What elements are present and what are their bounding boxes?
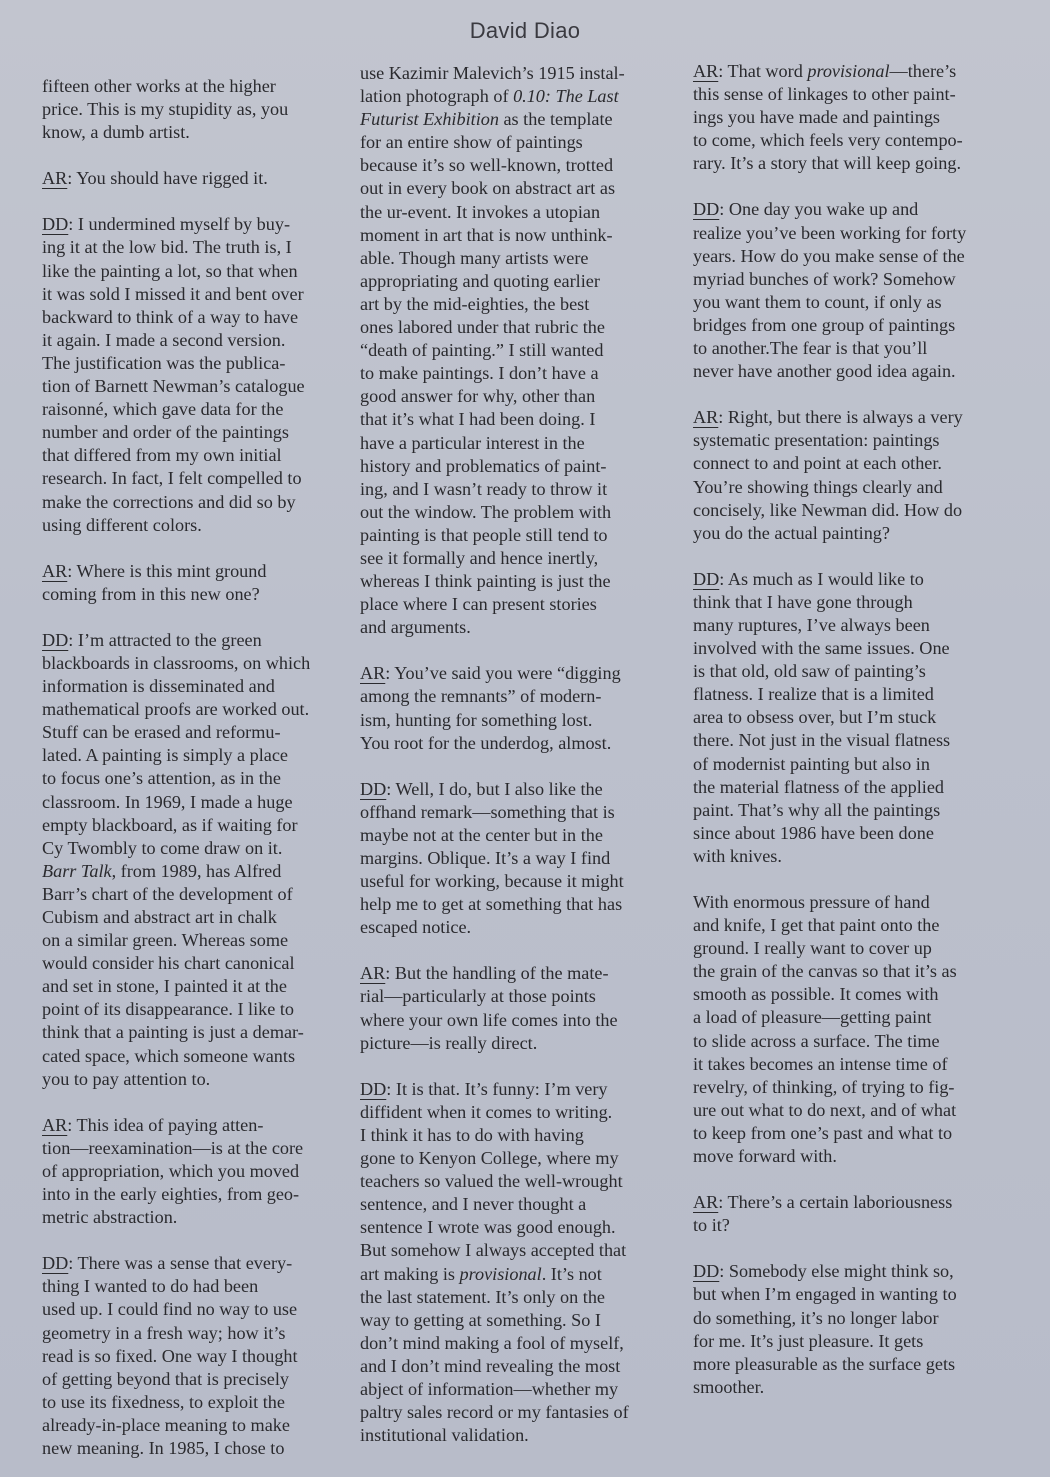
speaker-label: AR bbox=[360, 963, 385, 983]
text-line: myriad bunches of work? Somehow bbox=[693, 268, 1008, 291]
line-text: : There was a sense that every- bbox=[68, 1253, 292, 1273]
line-text: : Well, I do, but I also like the bbox=[386, 779, 602, 799]
line-text: painting is that people still tend to bbox=[360, 525, 608, 545]
line-text: : Right, but there is always a very bbox=[718, 407, 962, 427]
text-line: DD: Well, I do, but I also like the bbox=[360, 778, 670, 801]
italic-title: Futurist Exhibition bbox=[360, 109, 499, 129]
line-text: appropriating and quoting earlier bbox=[360, 271, 600, 291]
interview-paragraph-dd: DD: I undermined myself by buy-ing it at… bbox=[42, 213, 352, 536]
line-text: way to getting at something. So I bbox=[360, 1310, 601, 1330]
text-line: ings you have made and paintings bbox=[693, 106, 1008, 129]
text-line: on a similar green. Whereas some bbox=[42, 929, 352, 952]
text-line: whereas I think painting is just the bbox=[360, 570, 670, 593]
line-text: new meaning. In 1985, I chose to bbox=[42, 1438, 284, 1458]
speaker-label: AR bbox=[693, 61, 718, 81]
interview-paragraph-dd: DD: Somebody else might think so,but whe… bbox=[693, 1260, 1008, 1399]
text-column-3: AR: That word provisional—there’sthis se… bbox=[693, 60, 1008, 1422]
text-line: way to getting at something. So I bbox=[360, 1309, 670, 1332]
speaker-label: DD bbox=[693, 1261, 719, 1281]
line-text: it again. I made a second version. bbox=[42, 330, 285, 350]
interview-paragraph-dd: DD: One day you wake up andrealize you’v… bbox=[693, 198, 1008, 383]
line-text: But somehow I always accepted that bbox=[360, 1240, 626, 1260]
text-line: using different colors. bbox=[42, 514, 352, 537]
text-line: point of its disappearance. I like to bbox=[42, 998, 352, 1021]
text-line: it was sold I missed it and bent over bbox=[42, 283, 352, 306]
line-text: don’t mind making a fool of myself, bbox=[360, 1333, 624, 1353]
text-line: used up. I could find no way to use bbox=[42, 1298, 352, 1321]
text-line: the grain of the canvas so that it’s as bbox=[693, 960, 1008, 983]
text-line: You’re showing things clearly and bbox=[693, 476, 1008, 499]
line-text: revelry, of thinking, of trying to fig- bbox=[693, 1077, 954, 1097]
line-text: rary. It’s a story that will keep going. bbox=[693, 153, 961, 173]
text-line: teachers so valued the well-wrought bbox=[360, 1170, 670, 1193]
line-text: : But the handling of the mate- bbox=[385, 963, 608, 983]
line-text: would consider his chart canonical bbox=[42, 953, 295, 973]
text-line: AR: Where is this mint ground bbox=[42, 560, 352, 583]
line-text: ism, hunting for something lost. bbox=[360, 710, 592, 730]
text-line: thing I wanted to do had been bbox=[42, 1275, 352, 1298]
line-text: and arguments. bbox=[360, 617, 471, 637]
line-text: move forward with. bbox=[693, 1146, 837, 1166]
text-line: many ruptures, I’ve always been bbox=[693, 614, 1008, 637]
line-text: to keep from one’s past and what to bbox=[693, 1123, 952, 1143]
text-line: With enormous pressure of hand bbox=[693, 891, 1008, 914]
text-line: to focus one’s attention, as in the bbox=[42, 767, 352, 790]
line-text: years. How do you make sense of the bbox=[693, 246, 965, 266]
line-text: where your own life comes into the bbox=[360, 1010, 618, 1030]
interview-paragraph-ar: AR: You should have rigged it. bbox=[42, 167, 352, 190]
text-line: where your own life comes into the bbox=[360, 1009, 670, 1032]
text-line: rary. It’s a story that will keep going. bbox=[693, 152, 1008, 175]
text-line: ones labored under that rubric the bbox=[360, 316, 670, 339]
line-text: abject of information—whether my bbox=[360, 1379, 618, 1399]
text-line: out the window. The problem with bbox=[360, 501, 670, 524]
text-line: DD: There was a sense that every- bbox=[42, 1252, 352, 1275]
text-line: gone to Kenyon College, where my bbox=[360, 1147, 670, 1170]
text-line: mathematical proofs are worked out. bbox=[42, 698, 352, 721]
text-line: paltry sales record or my fantasies of bbox=[360, 1401, 670, 1424]
line-text: among the remnants” of modern- bbox=[360, 686, 601, 706]
text-line: more pleasurable as the surface gets bbox=[693, 1353, 1008, 1376]
line-text: out in every book on abstract art as bbox=[360, 178, 615, 198]
line-text: backward to think of a way to have bbox=[42, 307, 298, 327]
line-text: : There’s a certain laboriousness bbox=[718, 1192, 952, 1212]
interview-paragraph-ar: AR: This idea of paying atten-tion—reexa… bbox=[42, 1114, 352, 1229]
text-line: area to obsess over, but I’m stuck bbox=[693, 706, 1008, 729]
line-text: there. Not just in the visual flatness bbox=[693, 730, 950, 750]
line-text: bridges from one group of paintings bbox=[693, 315, 955, 335]
line-text: concisely, like Newman did. How do bbox=[693, 500, 962, 520]
line-text: : That word provisional—there’s bbox=[718, 61, 956, 81]
line-text: price. This is my stupidity as, you bbox=[42, 99, 288, 119]
line-text: and I don’t mind revealing the most bbox=[360, 1356, 620, 1376]
text-line: of modernist painting but also in bbox=[693, 753, 1008, 776]
line-text: because it’s so well-known, trotted bbox=[360, 155, 613, 175]
line-text: the material flatness of the applied bbox=[693, 777, 944, 797]
text-line: the last statement. It’s only on the bbox=[360, 1286, 670, 1309]
interview-paragraph-ar: AR: That word provisional—there’sthis se… bbox=[693, 60, 1008, 175]
text-line: sentence, and I never thought a bbox=[360, 1193, 670, 1216]
line-text: used up. I could find no way to use bbox=[42, 1299, 297, 1319]
line-text: think that a painting is just a demar- bbox=[42, 1022, 304, 1042]
text-line: concisely, like Newman did. How do bbox=[693, 499, 1008, 522]
line-text: to focus one’s attention, as in the bbox=[42, 768, 281, 788]
text-line: Stuff can be erased and reformu- bbox=[42, 721, 352, 744]
text-line: blackboards in classrooms, on which bbox=[42, 652, 352, 675]
line-text: Cy Twombly to come draw on it. bbox=[42, 838, 282, 858]
text-line: have a particular interest in the bbox=[360, 432, 670, 455]
text-line: this sense of linkages to other paint- bbox=[693, 83, 1008, 106]
text-line: DD: I undermined myself by buy- bbox=[42, 213, 352, 236]
line-text: : You’ve said you were “digging bbox=[385, 663, 620, 683]
line-text: : I undermined myself by buy- bbox=[68, 214, 290, 234]
text-line: DD: I’m attracted to the green bbox=[42, 629, 352, 652]
text-line: to come, which feels very contempo- bbox=[693, 129, 1008, 152]
text-line: AR: Right, but there is always a very bbox=[693, 406, 1008, 429]
line-text: systematic presentation: paintings bbox=[693, 430, 940, 450]
text-line: connect to and point at each other. bbox=[693, 452, 1008, 475]
speaker-label: DD bbox=[693, 199, 719, 219]
line-text: see it formally and hence inertly, bbox=[360, 548, 598, 568]
text-line: appropriating and quoting earlier bbox=[360, 270, 670, 293]
speaker-label: AR bbox=[42, 561, 67, 581]
interview-paragraph-dd: DD: As much as I would like tothink that… bbox=[693, 568, 1008, 868]
text-line: information is disseminated and bbox=[42, 675, 352, 698]
line-text: a load of pleasure—getting paint bbox=[693, 1007, 931, 1027]
line-text: you want them to count, if only as bbox=[693, 292, 942, 312]
text-line: systematic presentation: paintings bbox=[693, 429, 1008, 452]
text-line: years. How do you make sense of the bbox=[693, 245, 1008, 268]
text-line: involved with the same issues. One bbox=[693, 637, 1008, 660]
speaker-label: DD bbox=[42, 1253, 68, 1273]
text-line: paint. That’s why all the paintings bbox=[693, 799, 1008, 822]
text-line: lation photograph of 0.10: The Last bbox=[360, 85, 670, 108]
line-text: many ruptures, I’ve always been bbox=[693, 615, 930, 635]
interview-paragraph: use Kazimir Malevich’s 1915 instal-latio… bbox=[360, 62, 670, 639]
text-line: to another.The fear is that you’ll bbox=[693, 337, 1008, 360]
line-text: but when I’m engaged in wanting to bbox=[693, 1284, 957, 1304]
text-line: AR: You’ve said you were “digging bbox=[360, 662, 670, 685]
line-text: : Where is this mint ground bbox=[67, 561, 266, 581]
text-line: you to pay attention to. bbox=[42, 1068, 352, 1091]
line-text: I think it has to do with having bbox=[360, 1125, 584, 1145]
text-line: make the corrections and did so by bbox=[42, 491, 352, 514]
line-text: lated. A painting is simply a place bbox=[42, 745, 288, 765]
line-text: coming from in this new one? bbox=[42, 584, 260, 604]
text-line: that it’s what I had been doing. I bbox=[360, 408, 670, 431]
text-line: ure out what to do next, and of what bbox=[693, 1099, 1008, 1122]
line-text: tion of Barnett Newman’s catalogue bbox=[42, 376, 305, 396]
line-text: You’re showing things clearly and bbox=[693, 477, 943, 497]
text-line: see it formally and hence inertly, bbox=[360, 547, 670, 570]
line-text: help me to get at something that has bbox=[360, 894, 622, 914]
text-line: new meaning. In 1985, I chose to bbox=[42, 1437, 352, 1460]
line-text: to slide across a surface. The time bbox=[693, 1031, 940, 1051]
interview-paragraph-ar: AR: Where is this mint groundcoming from… bbox=[42, 560, 352, 606]
line-text: ground. I really want to cover up bbox=[693, 938, 932, 958]
text-line: because it’s so well-known, trotted bbox=[360, 154, 670, 177]
line-text: ing it at the low bid. The truth is, I bbox=[42, 237, 292, 257]
text-line: DD: As much as I would like to bbox=[693, 568, 1008, 591]
text-line: help me to get at something that has bbox=[360, 893, 670, 916]
italic-title: 0.10: The Last bbox=[513, 86, 619, 106]
line-text: smoother. bbox=[693, 1377, 764, 1397]
text-line: tion—reexamination—is at the core bbox=[42, 1137, 352, 1160]
text-line: since about 1986 have been done bbox=[693, 822, 1008, 845]
text-line: know, a dumb artist. bbox=[42, 121, 352, 144]
text-line: it takes becomes an intense time of bbox=[693, 1053, 1008, 1076]
text-line: read is so fixed. One way I thought bbox=[42, 1345, 352, 1368]
line-text: to another.The fear is that you’ll bbox=[693, 338, 927, 358]
text-line: But somehow I always accepted that bbox=[360, 1239, 670, 1262]
text-line: AR: This idea of paying atten- bbox=[42, 1114, 352, 1137]
text-line: to make paintings. I don’t have a bbox=[360, 362, 670, 385]
line-text: Cubism and abstract art in chalk bbox=[42, 907, 277, 927]
text-line: AR: There’s a certain laboriousness bbox=[693, 1191, 1008, 1214]
line-text: since about 1986 have been done bbox=[693, 823, 934, 843]
text-line: DD: It is that. It’s funny: I’m very bbox=[360, 1078, 670, 1101]
line-text: art making is provisional. It’s not bbox=[360, 1264, 602, 1284]
text-line: AR: But the handling of the mate- bbox=[360, 962, 670, 985]
line-text: ure out what to do next, and of what bbox=[693, 1100, 956, 1120]
text-line: into in the early eighties, from geo- bbox=[42, 1183, 352, 1206]
text-line: AR: You should have rigged it. bbox=[42, 167, 352, 190]
line-text: history and problematics of paint- bbox=[360, 456, 606, 476]
line-text: to make paintings. I don’t have a bbox=[360, 363, 599, 383]
line-text: more pleasurable as the surface gets bbox=[693, 1354, 955, 1374]
text-column-2: use Kazimir Malevich’s 1915 instal-latio… bbox=[360, 62, 670, 1470]
line-text: the ur-event. It invokes a utopian bbox=[360, 202, 600, 222]
line-text: picture—is really direct. bbox=[360, 1033, 537, 1053]
text-line: good answer for why, other than bbox=[360, 385, 670, 408]
interview-paragraph-dd: DD: Well, I do, but I also like theoffha… bbox=[360, 778, 670, 940]
text-line: never have another good idea again. bbox=[693, 360, 1008, 383]
line-text: number and order of the paintings bbox=[42, 422, 289, 442]
line-text: diffident when it comes to writing. bbox=[360, 1102, 612, 1122]
text-line: history and problematics of paint- bbox=[360, 455, 670, 478]
text-line: it again. I made a second version. bbox=[42, 329, 352, 352]
running-head: David Diao bbox=[0, 18, 1050, 44]
line-text: : It is that. It’s funny: I’m very bbox=[386, 1079, 607, 1099]
line-text: the last statement. It’s only on the bbox=[360, 1287, 605, 1307]
text-line: for me. It’s just pleasure. It gets bbox=[693, 1330, 1008, 1353]
text-line: to use its fixedness, to exploit the bbox=[42, 1391, 352, 1414]
text-line: to it? bbox=[693, 1214, 1008, 1237]
line-text: using different colors. bbox=[42, 515, 202, 535]
interview-paragraph-ar: AR: There’s a certain laboriousnessto it… bbox=[693, 1191, 1008, 1237]
line-text: to use its fixedness, to exploit the bbox=[42, 1392, 285, 1412]
text-line: out in every book on abstract art as bbox=[360, 177, 670, 200]
line-text: and set in stone, I painted it at the bbox=[42, 976, 287, 996]
line-text: : You should have rigged it. bbox=[67, 168, 268, 188]
text-line: useful for working, because it might bbox=[360, 870, 670, 893]
line-text: of appropriation, which you moved bbox=[42, 1161, 299, 1181]
line-text: ing, and I wasn’t ready to throw it bbox=[360, 479, 607, 499]
line-text: tion—reexamination—is at the core bbox=[42, 1138, 303, 1158]
text-line: like the painting a lot, so that when bbox=[42, 260, 352, 283]
line-text: is that old, old saw of painting’s bbox=[693, 661, 926, 681]
line-text: fifteen other works at the higher bbox=[42, 76, 276, 96]
line-text: into in the early eighties, from geo- bbox=[42, 1184, 299, 1204]
text-line: you do the actual painting? bbox=[693, 522, 1008, 545]
line-text: raisonné, which gave data for the bbox=[42, 399, 283, 419]
line-text: art by the mid-eighties, the best bbox=[360, 294, 589, 314]
line-text: point of its disappearance. I like to bbox=[42, 999, 294, 1019]
interview-paragraph-dd: DD: There was a sense that every-thing I… bbox=[42, 1252, 352, 1460]
text-line: smooth as possible. It comes with bbox=[693, 983, 1008, 1006]
text-line: institutional validation. bbox=[360, 1424, 670, 1447]
text-line: offhand remark—something that is bbox=[360, 801, 670, 824]
line-text: you to pay attention to. bbox=[42, 1069, 210, 1089]
line-text: : I’m attracted to the green bbox=[68, 630, 261, 650]
line-text: rial—particularly at those points bbox=[360, 986, 596, 1006]
speaker-label: DD bbox=[42, 630, 68, 650]
italic-title: provisional bbox=[460, 1264, 542, 1284]
text-line: coming from in this new one? bbox=[42, 583, 352, 606]
text-line: diffident when it comes to writing. bbox=[360, 1101, 670, 1124]
line-text: useful for working, because it might bbox=[360, 871, 624, 891]
book-page: David Diao fifteen other works at the hi… bbox=[0, 0, 1050, 1477]
text-line: art by the mid-eighties, the best bbox=[360, 293, 670, 316]
line-text: realize you’ve been working for forty bbox=[693, 223, 966, 243]
text-line: flatness. I realize that is a limited bbox=[693, 683, 1008, 706]
line-text: Stuff can be erased and reformu- bbox=[42, 722, 281, 742]
text-line: for an entire show of paintings bbox=[360, 131, 670, 154]
text-line: the ur-event. It invokes a utopian bbox=[360, 201, 670, 224]
italic-title: Barr Talk bbox=[42, 861, 112, 881]
text-line: do something, it’s no longer labor bbox=[693, 1307, 1008, 1330]
line-text: maybe not at the center but in the bbox=[360, 825, 603, 845]
text-line: with knives. bbox=[693, 845, 1008, 868]
text-line: is that old, old saw of painting’s bbox=[693, 660, 1008, 683]
text-line: of getting beyond that is precisely bbox=[42, 1368, 352, 1391]
text-line: margins. Oblique. It’s a way I find bbox=[360, 847, 670, 870]
text-line: escaped notice. bbox=[360, 916, 670, 939]
line-text: the grain of the canvas so that it’s as bbox=[693, 961, 957, 981]
line-text: make the corrections and did so by bbox=[42, 492, 296, 512]
line-text: : Somebody else might think so, bbox=[719, 1261, 953, 1281]
text-line: able. Though many artists were bbox=[360, 247, 670, 270]
line-text: cated space, which someone wants bbox=[42, 1046, 295, 1066]
interview-paragraph-ar: AR: You’ve said you were “diggingamong t… bbox=[360, 662, 670, 754]
line-text: to it? bbox=[693, 1215, 730, 1235]
line-text: for an entire show of paintings bbox=[360, 132, 583, 152]
line-text: it takes becomes an intense time of bbox=[693, 1054, 948, 1074]
line-text: place where I can present stories bbox=[360, 594, 597, 614]
text-line: I think it has to do with having bbox=[360, 1124, 670, 1147]
text-line: The justification was the publica- bbox=[42, 352, 352, 375]
text-line: don’t mind making a fool of myself, bbox=[360, 1332, 670, 1355]
text-line: ing it at the low bid. The truth is, I bbox=[42, 236, 352, 259]
text-line: AR: That word provisional—there’s bbox=[693, 60, 1008, 83]
line-text: use Kazimir Malevich’s 1915 instal- bbox=[360, 63, 625, 83]
text-line: among the remnants” of modern- bbox=[360, 685, 670, 708]
text-line: sentence I wrote was good enough. bbox=[360, 1216, 670, 1239]
line-text: for me. It’s just pleasure. It gets bbox=[693, 1331, 923, 1351]
text-line: empty blackboard, as if waiting for bbox=[42, 814, 352, 837]
text-line: ing, and I wasn’t ready to throw it bbox=[360, 478, 670, 501]
line-text: able. Though many artists were bbox=[360, 248, 588, 268]
line-text: moment in art that is now unthink- bbox=[360, 225, 613, 245]
text-line: lated. A painting is simply a place bbox=[42, 744, 352, 767]
line-text: : This idea of paying atten- bbox=[67, 1115, 263, 1135]
line-text: it was sold I missed it and bent over bbox=[42, 284, 304, 304]
line-text: margins. Oblique. It’s a way I find bbox=[360, 848, 610, 868]
text-line: smoother. bbox=[693, 1376, 1008, 1399]
line-text: like the painting a lot, so that when bbox=[42, 261, 298, 281]
line-text: connect to and point at each other. bbox=[693, 453, 942, 473]
text-column-1: fifteen other works at the higherprice. … bbox=[42, 75, 352, 1477]
interview-paragraph-dd: DD: I’m attracted to the greenblackboard… bbox=[42, 629, 352, 1091]
text-line: but when I’m engaged in wanting to bbox=[693, 1283, 1008, 1306]
line-text: already-in-place meaning to make bbox=[42, 1415, 290, 1435]
speaker-label: AR bbox=[693, 407, 718, 427]
line-text: Futurist Exhibition as the template bbox=[360, 109, 613, 129]
text-line: realize you’ve been working for forty bbox=[693, 222, 1008, 245]
interview-paragraph-ar: AR: Right, but there is always a verysys… bbox=[693, 406, 1008, 545]
line-text: geometry in a fresh way; how it’s bbox=[42, 1323, 285, 1343]
text-line: picture—is really direct. bbox=[360, 1032, 670, 1055]
line-text: : One day you wake up and bbox=[719, 199, 918, 219]
line-text: research. In fact, I felt compelled to bbox=[42, 468, 302, 488]
line-text: empty blackboard, as if waiting for bbox=[42, 815, 298, 835]
text-line: “death of painting.” I still wanted bbox=[360, 339, 670, 362]
line-text: ones labored under that rubric the bbox=[360, 317, 605, 337]
line-text: have a particular interest in the bbox=[360, 433, 585, 453]
text-line: art making is provisional. It’s not bbox=[360, 1263, 670, 1286]
text-line: and I don’t mind revealing the most bbox=[360, 1355, 670, 1378]
interview-paragraph: fifteen other works at the higherprice. … bbox=[42, 75, 352, 144]
line-text: whereas I think painting is just the bbox=[360, 571, 611, 591]
line-text: that it’s what I had been doing. I bbox=[360, 409, 595, 429]
line-text: With enormous pressure of hand bbox=[693, 892, 930, 912]
line-text: You root for the underdog, almost. bbox=[360, 733, 611, 753]
text-line: ism, hunting for something lost. bbox=[360, 709, 670, 732]
text-line: of appropriation, which you moved bbox=[42, 1160, 352, 1183]
text-line: and knife, I get that paint onto the bbox=[693, 914, 1008, 937]
speaker-label: AR bbox=[360, 663, 385, 683]
text-line: you want them to count, if only as bbox=[693, 291, 1008, 314]
speaker-label: AR bbox=[42, 1115, 67, 1135]
line-text: classroom. In 1969, I made a huge bbox=[42, 792, 293, 812]
text-line: to slide across a surface. The time bbox=[693, 1030, 1008, 1053]
text-line: abject of information—whether my bbox=[360, 1378, 670, 1401]
line-text: this sense of linkages to other paint- bbox=[693, 84, 956, 104]
line-text: area to obsess over, but I’m stuck bbox=[693, 707, 936, 727]
text-line: would consider his chart canonical bbox=[42, 952, 352, 975]
speaker-label: AR bbox=[42, 168, 67, 188]
text-line: move forward with. bbox=[693, 1145, 1008, 1168]
text-line: moment in art that is now unthink- bbox=[360, 224, 670, 247]
text-line: rial—particularly at those points bbox=[360, 985, 670, 1008]
text-line: cated space, which someone wants bbox=[42, 1045, 352, 1068]
line-text: flatness. I realize that is a limited bbox=[693, 684, 934, 704]
line-text: read is so fixed. One way I thought bbox=[42, 1346, 298, 1366]
line-text: sentence I wrote was good enough. bbox=[360, 1217, 616, 1237]
line-text: of getting beyond that is precisely bbox=[42, 1369, 289, 1389]
text-line: backward to think of a way to have bbox=[42, 306, 352, 329]
text-line: the material flatness of the applied bbox=[693, 776, 1008, 799]
line-text: escaped notice. bbox=[360, 917, 471, 937]
line-text: sentence, and I never thought a bbox=[360, 1194, 586, 1214]
text-line: You root for the underdog, almost. bbox=[360, 732, 670, 755]
text-line: that differed from my own initial bbox=[42, 444, 352, 467]
text-line: geometry in a fresh way; how it’s bbox=[42, 1322, 352, 1345]
line-text: lation photograph of 0.10: The Last bbox=[360, 86, 619, 106]
text-line: Cy Twombly to come draw on it. bbox=[42, 837, 352, 860]
speaker-label: DD bbox=[693, 569, 719, 589]
line-text: to come, which feels very contempo- bbox=[693, 130, 963, 150]
